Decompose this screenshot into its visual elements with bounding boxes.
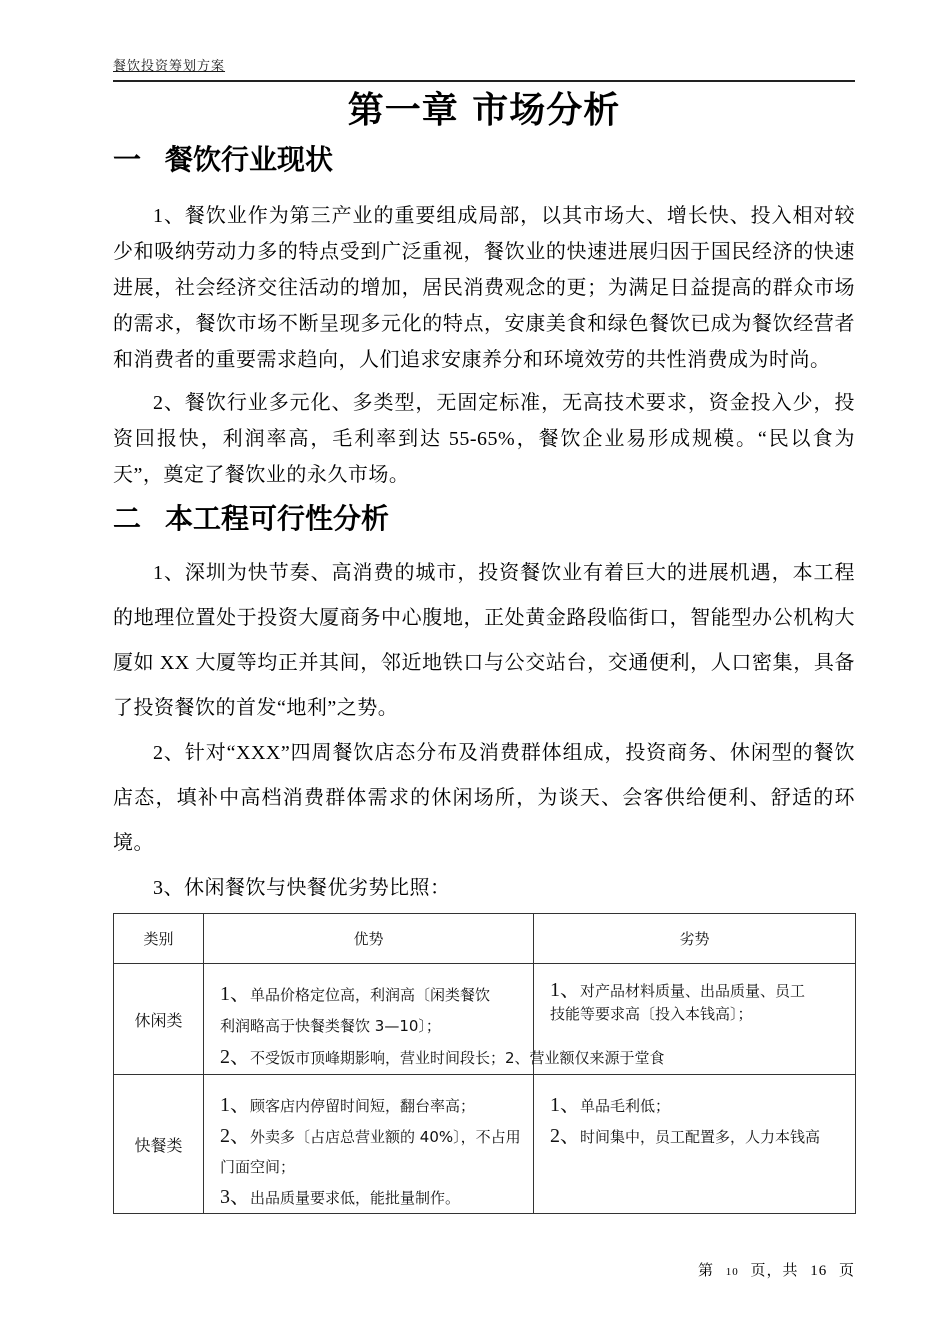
paragraph-industry-1: 1、餐饮业作为第三产业的重要组成局部，以其市场大、增长快、投入相对较少和吸纳劳动… xyxy=(113,198,855,378)
heading-number: 一 xyxy=(113,142,141,178)
document-page: 餐饮投资筹划方案 第一章 市场分析 一 餐饮行业现状 1、餐饮业作为第三产业的重… xyxy=(0,0,950,1344)
column-header-advantages: 优势 xyxy=(204,914,534,964)
cell-line: 1、单品毛利低； xyxy=(550,1090,843,1121)
category-cell-fastfood: 快餐类 xyxy=(114,1075,204,1214)
table-row-fastfood: 快餐类 1、顾客店内停留时间短，翻台率高； 2、外卖多〔占店总营业额的 40%〕… xyxy=(114,1075,856,1214)
cell-line: 1、对产品材料质量、出品质量、员工 xyxy=(550,979,843,1003)
footer-middle: 页，共 xyxy=(750,1259,798,1280)
paragraph-industry-2: 2、餐饮行业多元化、多类型，无固定标准，无高技术要求，资金投入少，投资回报快，利… xyxy=(113,385,855,493)
cell-line: 1、顾客店内停留时间短，翻台率高； xyxy=(220,1090,521,1121)
cell-line: 2、时间集中，员工配置多，人力本钱高 xyxy=(550,1121,843,1152)
chapter-title: 第一章 市场分析 xyxy=(113,90,855,132)
column-header-disadvantages: 劣势 xyxy=(534,914,856,964)
category-cell-leisure: 休闲类 xyxy=(114,964,204,1075)
header-title: 餐饮投资筹划方案 xyxy=(113,58,225,73)
paragraph-feasibility-3: 3、休闲餐饮与快餐优劣势比照： xyxy=(113,866,855,911)
page-footer: 第 10 页，共 16 页 xyxy=(698,1259,855,1280)
disadvantages-cell-fastfood: 1、单品毛利低； 2、时间集中，员工配置多，人力本钱高 xyxy=(534,1075,856,1214)
section-heading-1: 一 餐饮行业现状 xyxy=(113,142,855,178)
heading-label: 餐饮行业现状 xyxy=(165,142,333,178)
comparison-table: 类别 优势 劣势 休闲类 1、单品价格定位高，利润高〔闲类餐饮 利润略高于快餐类… xyxy=(113,913,856,1214)
advantages-cell-fastfood: 1、顾客店内停留时间短，翻台率高； 2、外卖多〔占店总营业额的 40%〕，不占用… xyxy=(204,1075,534,1214)
column-header-category: 类别 xyxy=(114,914,204,964)
page-number: 10 xyxy=(726,1266,739,1278)
cell-line: 利润略高于快餐类餐饮 3—10〕； xyxy=(220,1011,521,1042)
cell-line: 3、出品质量要求低，能批量制作。 xyxy=(220,1182,521,1213)
total-pages: 16 xyxy=(810,1263,827,1280)
paragraph-feasibility-2: 2、针对“XXX”四周餐饮店态分布及消费群体组成，投资商务、休闲型的餐饮店态，填… xyxy=(113,731,855,866)
table-row-leisure: 休闲类 1、单品价格定位高，利润高〔闲类餐饮 利润略高于快餐类餐饮 3—10〕；… xyxy=(114,964,856,1075)
paragraph-feasibility-1: 1、深圳为快节奏、高消费的城市，投资餐饮业有着巨大的进展机遇，本工程的地理位置处… xyxy=(113,551,855,731)
cell-line: 1、单品价格定位高，利润高〔闲类餐饮 xyxy=(220,979,521,1011)
cell-line: 2、外卖多〔占店总营业额的 40%〕，不占用门面空间； xyxy=(220,1121,521,1182)
page-header: 餐饮投资筹划方案 xyxy=(113,55,855,82)
section-heading-2: 二 本工程可行性分析 xyxy=(113,501,855,537)
cell-line: 技能等要求高〔投入本钱高〕； xyxy=(550,1003,843,1026)
footer-suffix: 页 xyxy=(839,1259,855,1280)
heading-number: 二 xyxy=(113,501,141,537)
footer-prefix: 第 xyxy=(698,1259,714,1280)
table-header-row: 类别 优势 劣势 xyxy=(114,914,856,964)
heading-label: 本工程可行性分析 xyxy=(165,501,389,537)
cell-line: 2、不受饭市顶峰期影响，营业时间段长；2、营业额仅来源于堂食 xyxy=(220,1042,521,1074)
advantages-cell-leisure: 1、单品价格定位高，利润高〔闲类餐饮 利润略高于快餐类餐饮 3—10〕； 2、不… xyxy=(204,964,534,1075)
